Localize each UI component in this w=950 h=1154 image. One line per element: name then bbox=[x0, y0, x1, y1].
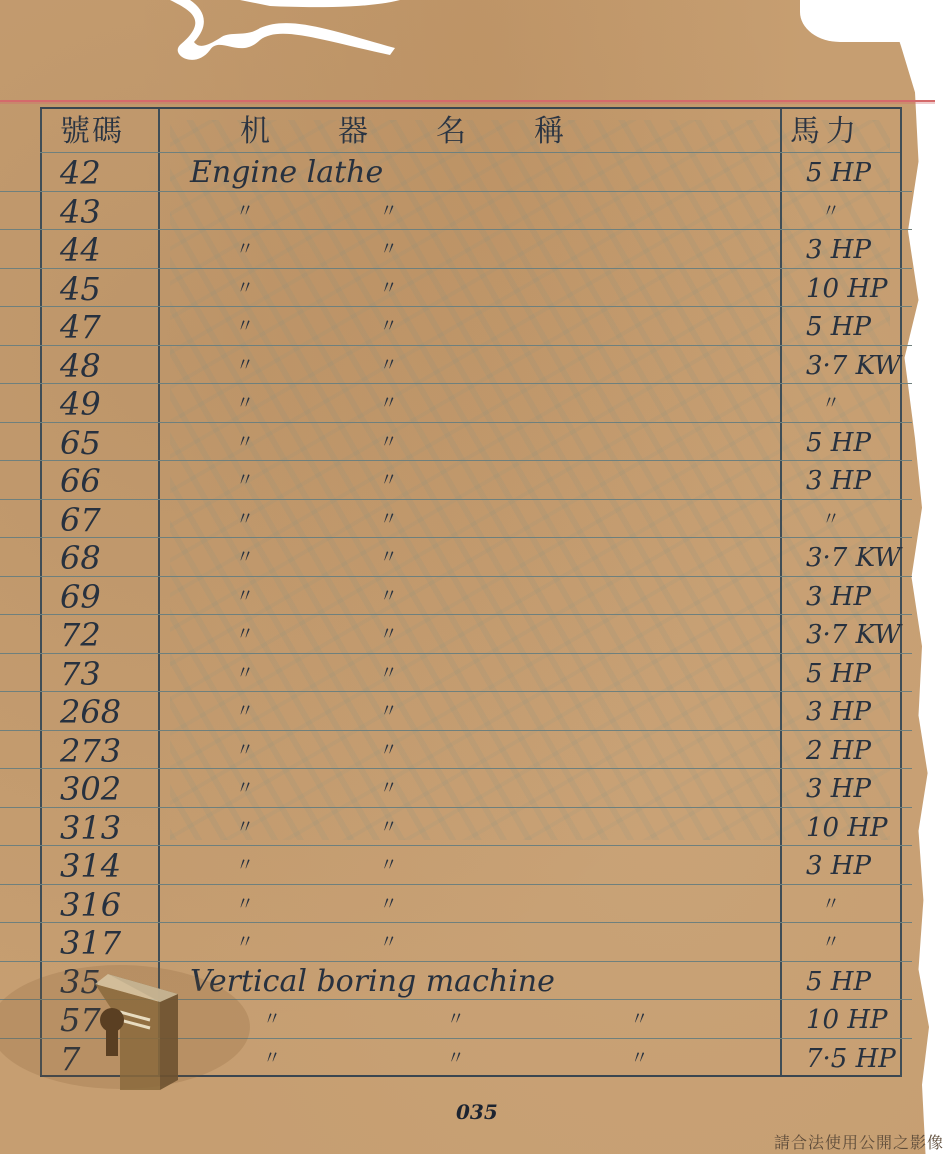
machine-number: 45 bbox=[40, 269, 158, 307]
machine-power: 10 HP bbox=[780, 808, 900, 846]
table-row: 268 〃 〃 3 HP bbox=[0, 692, 912, 731]
machine-power: 〃 bbox=[780, 500, 900, 538]
machine-number: 43 bbox=[40, 192, 158, 230]
table-row: 273 〃 〃 2 HP bbox=[0, 731, 912, 770]
machine-name: 〃 〃 bbox=[158, 692, 780, 730]
page-number: 035 bbox=[456, 1100, 498, 1124]
paper-tear-top bbox=[150, 0, 410, 80]
machine-name: 〃 〃 bbox=[158, 384, 780, 422]
machine-name: 〃 〃 bbox=[158, 269, 780, 307]
machine-number: 314 bbox=[40, 846, 158, 884]
table-row: 49 〃 〃 〃 bbox=[0, 384, 912, 423]
machine-number: 42 bbox=[40, 153, 158, 191]
machine-name: 〃 〃 bbox=[158, 346, 780, 384]
machine-number: 317 bbox=[40, 923, 158, 961]
table-header-row: 號碼 机器名稱 馬力 bbox=[40, 107, 900, 153]
machine-number: 48 bbox=[40, 346, 158, 384]
machine-power: 5 HP bbox=[780, 153, 900, 191]
machine-number: 313 bbox=[40, 808, 158, 846]
machine-power: 3 HP bbox=[780, 230, 900, 268]
table-row: 316 〃 〃 〃 bbox=[0, 885, 912, 924]
machine-power: 〃 bbox=[780, 192, 900, 230]
machine-power: 〃 bbox=[780, 885, 900, 923]
table-row: 313 〃 〃 10 HP bbox=[0, 808, 912, 847]
machine-number: 273 bbox=[40, 731, 158, 769]
table-row: 48 〃 〃 3·7 KW bbox=[0, 346, 912, 385]
machine-power: 10 HP bbox=[780, 1000, 900, 1038]
table-row: 66 〃 〃 3 HP bbox=[0, 461, 912, 500]
table-row: 302 〃 〃 3 HP bbox=[0, 769, 912, 808]
table-row: 44 〃 〃 3 HP bbox=[0, 230, 912, 269]
machine-number: 44 bbox=[40, 230, 158, 268]
machine-number: 72 bbox=[40, 615, 158, 653]
machine-name: 〃 〃 bbox=[158, 731, 780, 769]
machine-power: 5 HP bbox=[780, 307, 900, 345]
table-row: 317 〃 〃 〃 bbox=[0, 923, 912, 962]
machine-name: 〃 〃 bbox=[158, 538, 780, 576]
machine-power: 3·7 KW bbox=[780, 346, 900, 384]
header-number: 號碼 bbox=[60, 113, 124, 151]
machine-name: 〃 〃 bbox=[158, 846, 780, 884]
machine-number: 47 bbox=[40, 307, 158, 345]
table-row: 42 Engine lathe 5 HP bbox=[0, 153, 912, 192]
machine-name: 〃 〃 bbox=[158, 500, 780, 538]
header-machine-name: 机器名稱 bbox=[240, 113, 632, 151]
machine-power: 3 HP bbox=[780, 692, 900, 730]
machine-power: 〃 bbox=[780, 384, 900, 422]
machine-name: 〃 〃 bbox=[158, 654, 780, 692]
machine-number: 67 bbox=[40, 500, 158, 538]
machine-name: 〃 〃 bbox=[158, 808, 780, 846]
table-row: 65 〃 〃 5 HP bbox=[0, 423, 912, 462]
red-margin-rule bbox=[0, 100, 935, 102]
machine-ledger-table: 號碼 机器名稱 馬力 42 Engine lathe 5 HP 43 〃 〃 〃… bbox=[0, 107, 912, 1077]
table-row: 73 〃 〃 5 HP bbox=[0, 654, 912, 693]
table-body: 42 Engine lathe 5 HP 43 〃 〃 〃 44 〃 〃 3 H… bbox=[0, 153, 912, 1077]
table-row: 47 〃 〃 5 HP bbox=[0, 307, 912, 346]
machine-power: 3 HP bbox=[780, 846, 900, 884]
machine-number: 66 bbox=[40, 461, 158, 499]
table-row: 68 〃 〃 3·7 KW bbox=[0, 538, 912, 577]
machine-name: 〃 〃 bbox=[158, 423, 780, 461]
machine-power: 3·7 KW bbox=[780, 615, 900, 653]
machine-name: 〃 〃 bbox=[158, 192, 780, 230]
machine-power: 3 HP bbox=[780, 577, 900, 615]
machine-number: 302 bbox=[40, 769, 158, 807]
machine-power: 〃 bbox=[780, 923, 900, 961]
machine-power: 3 HP bbox=[780, 461, 900, 499]
machine-number: 68 bbox=[40, 538, 158, 576]
machine-name: 〃 〃 bbox=[158, 769, 780, 807]
machine-power: 3 HP bbox=[780, 769, 900, 807]
machine-number: 69 bbox=[40, 577, 158, 615]
machine-name: 〃 〃 bbox=[158, 307, 780, 345]
archive-logo-icon bbox=[0, 962, 260, 1092]
machine-number: 73 bbox=[40, 654, 158, 692]
machine-name: 〃 〃 bbox=[158, 923, 780, 961]
table-row: 314 〃 〃 3 HP bbox=[0, 846, 912, 885]
machine-name: 〃 〃 bbox=[158, 577, 780, 615]
header-horsepower: 馬力 bbox=[790, 113, 862, 151]
machine-power: 7·5 HP bbox=[780, 1039, 900, 1077]
table-row: 72 〃 〃 3·7 KW bbox=[0, 615, 912, 654]
machine-name: Engine lathe bbox=[158, 153, 780, 191]
machine-power: 5 HP bbox=[780, 654, 900, 692]
machine-name: 〃 〃 bbox=[158, 615, 780, 653]
table-row: 67 〃 〃 〃 bbox=[0, 500, 912, 539]
table-row: 69 〃 〃 3 HP bbox=[0, 577, 912, 616]
machine-number: 65 bbox=[40, 423, 158, 461]
watermark-text: 請合法使用公開之影像 bbox=[774, 1130, 944, 1153]
ledger-page: 號碼 机器名稱 馬力 42 Engine lathe 5 HP 43 〃 〃 〃… bbox=[0, 0, 950, 1154]
machine-power: 5 HP bbox=[780, 962, 900, 1000]
machine-power: 3·7 KW bbox=[780, 538, 900, 576]
machine-power: 5 HP bbox=[780, 423, 900, 461]
machine-power: 2 HP bbox=[780, 731, 900, 769]
machine-name: 〃 〃 bbox=[158, 885, 780, 923]
machine-number: 49 bbox=[40, 384, 158, 422]
table-row: 45 〃 〃 10 HP bbox=[0, 269, 912, 308]
machine-power: 10 HP bbox=[780, 269, 900, 307]
machine-number: 316 bbox=[40, 885, 158, 923]
table-row: 43 〃 〃 〃 bbox=[0, 192, 912, 231]
machine-name: 〃 〃 bbox=[158, 461, 780, 499]
machine-number: 268 bbox=[40, 692, 158, 730]
machine-name: 〃 〃 bbox=[158, 230, 780, 268]
